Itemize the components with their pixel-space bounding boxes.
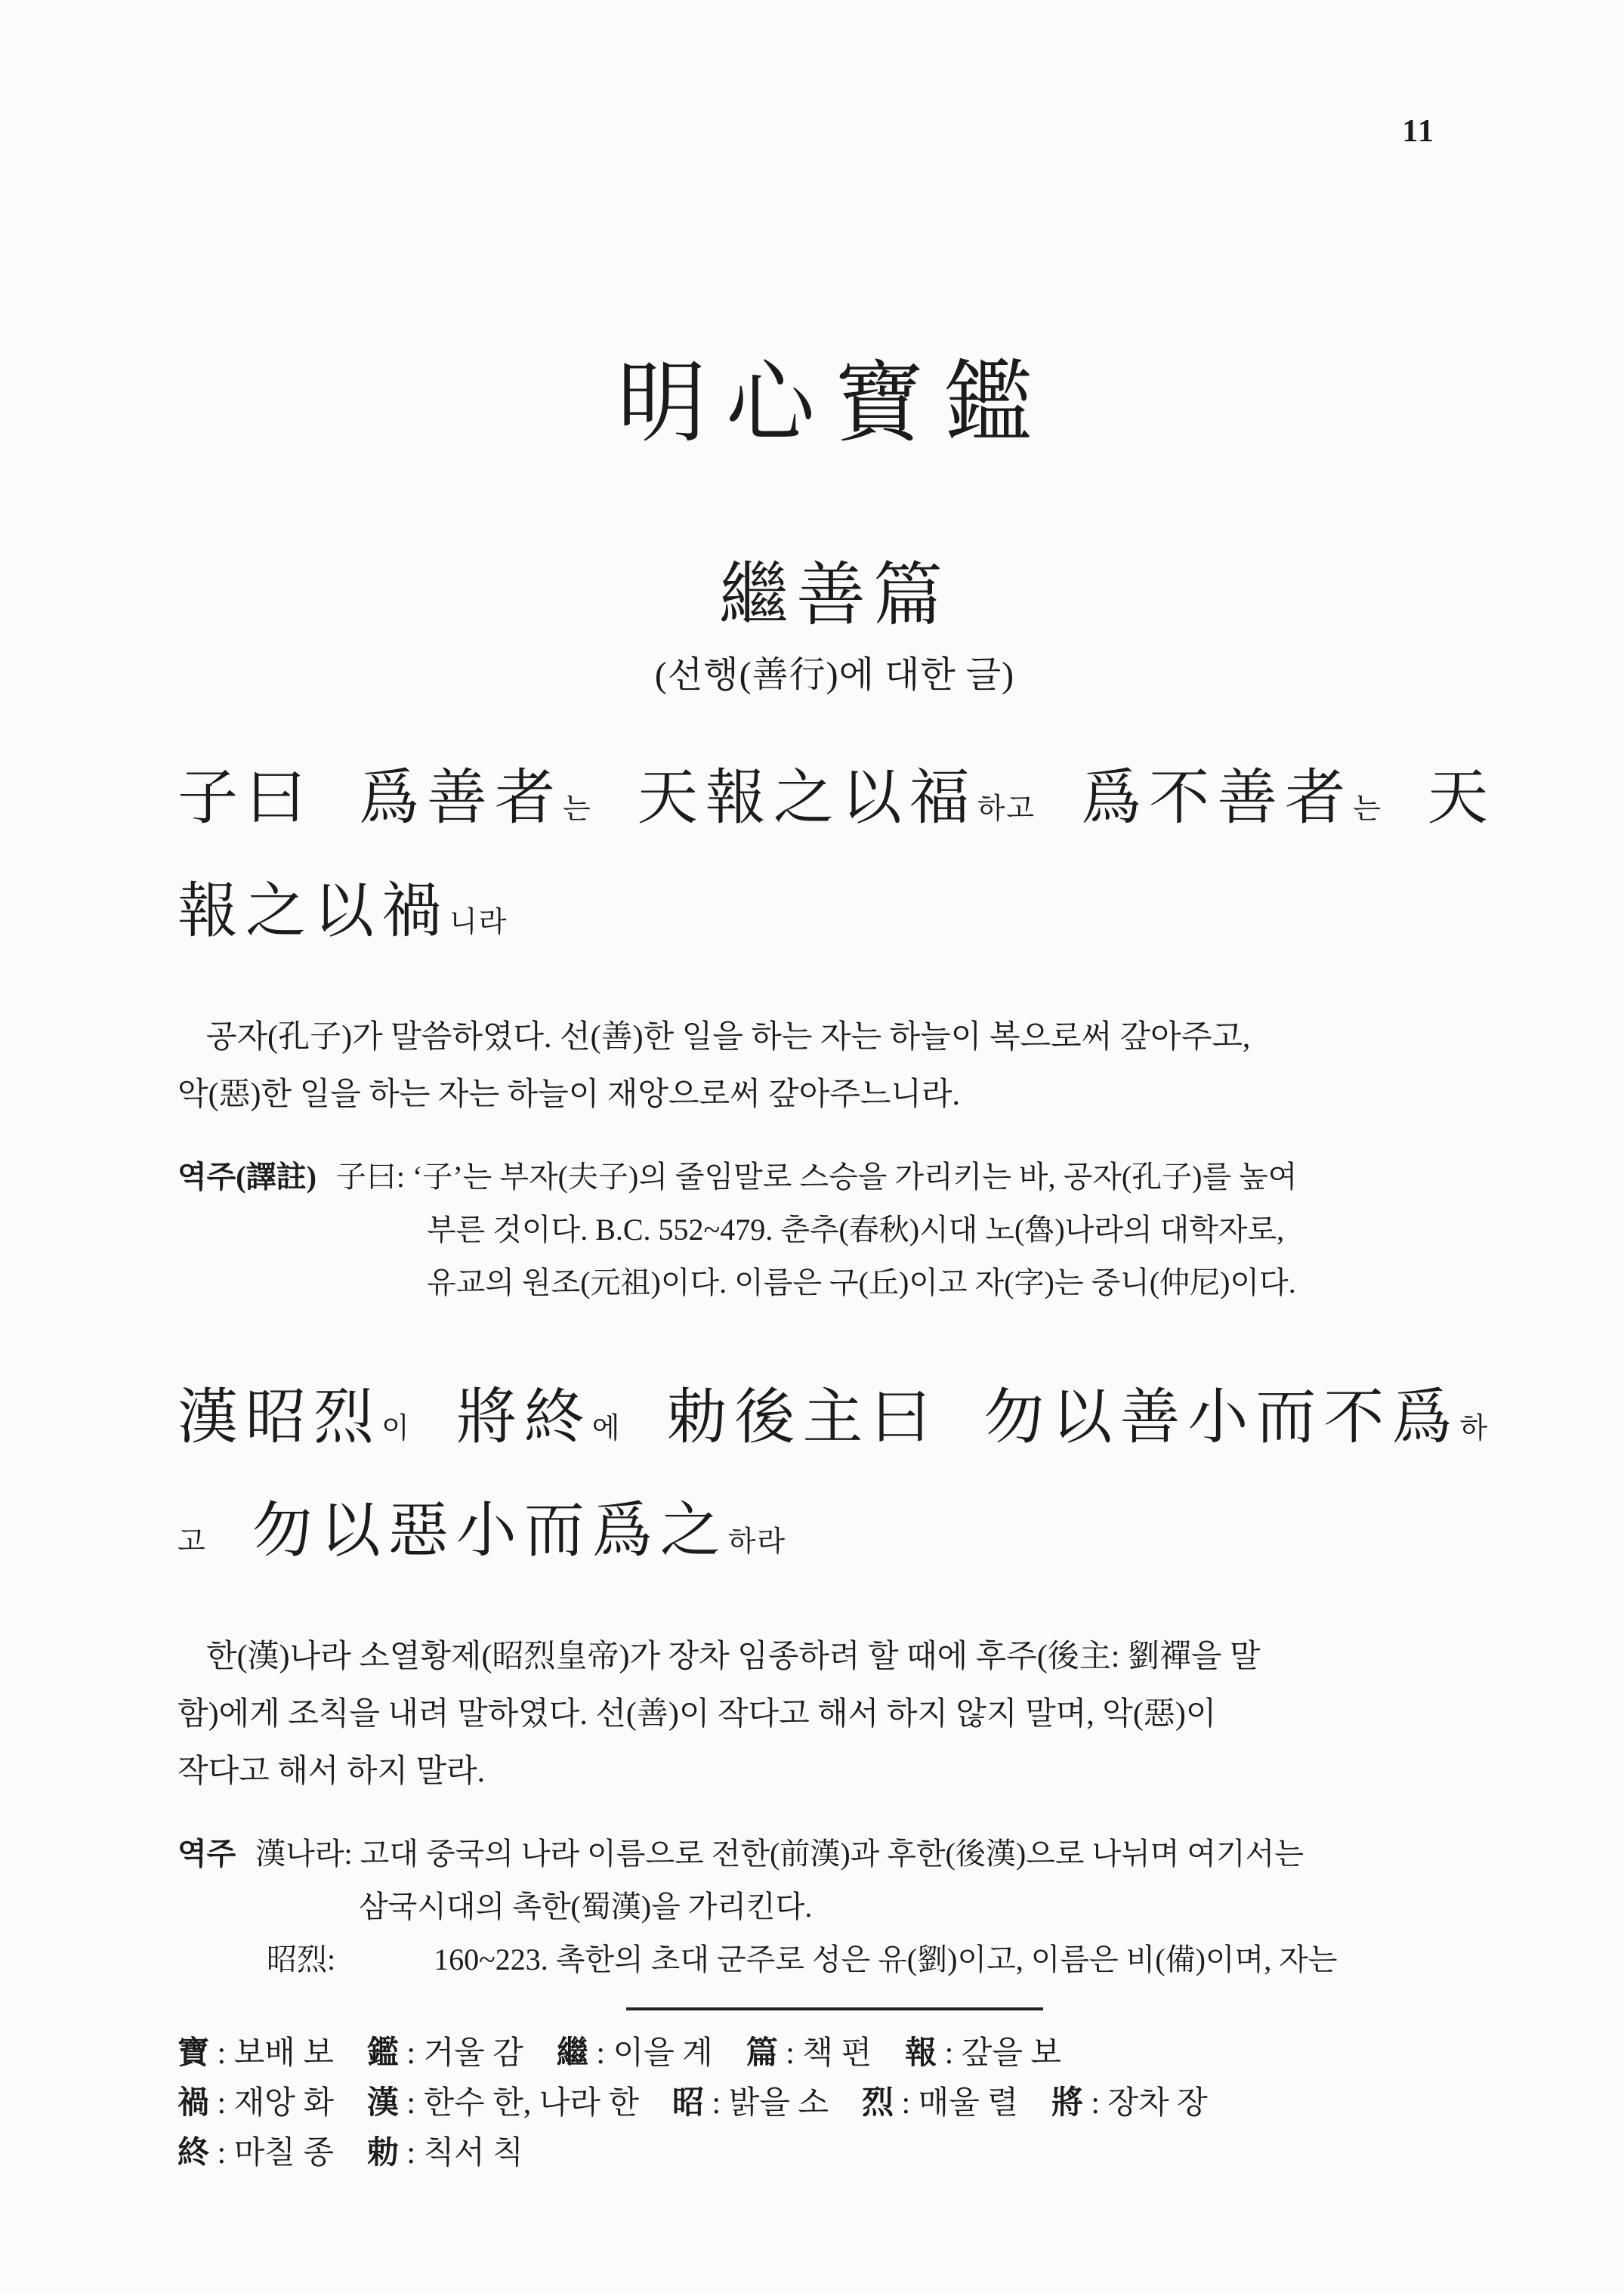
glossary-reading: 책 편: [802, 2036, 872, 2071]
glossary-reading: 밝을 소: [729, 2086, 829, 2121]
glossary-hanja: 終: [178, 2136, 209, 2171]
glossary-colon: :: [209, 2086, 234, 2121]
glossary-colon: :: [399, 2086, 424, 2121]
hanja-text: 將終: [411, 1385, 592, 1451]
chapter-title: 繼善篇: [178, 559, 1492, 632]
heading-line: 고 勿以惡小而爲之하라: [178, 1483, 1492, 1596]
note-line: 부른 것이다. B.C. 552~479. 춘추(春秋)시대 노(魯)나라의 대…: [178, 1204, 1492, 1256]
glossary-reading: 매울 렬: [919, 2086, 1018, 2121]
notes-block: 역주(譯註)子曰: ‘子’는 부자(夫子)의 줄임말로 스승을 가리키는 바, …: [178, 1151, 1492, 1309]
korean-particle: 하: [1459, 1413, 1489, 1445]
glossary-entry: 禍 : 재앙 화: [178, 2086, 334, 2121]
glossary-colon: :: [399, 2036, 424, 2071]
glossary-reading: 갚을 보: [962, 2036, 1061, 2071]
passage-heading: 子曰 爲善者는 天報之以福하고 爲不善者는 天報之以禍니라: [178, 750, 1492, 977]
passage-2: 漢昭烈이 將終에 勅後主曰 勿以善小而不爲하고 勿以惡小而爲之하라한(漢)나라 …: [178, 1370, 1492, 1986]
note-text: 子曰: ‘子’는 부자(夫子)의 줄임말로 스승을 가리키는 바, 공자(孔子)…: [336, 1160, 1297, 1194]
note-label: 역주(譯註): [178, 1160, 316, 1194]
glossary-entry: 篇 : 책 편: [746, 2036, 872, 2071]
heading-line: 子曰 爲善者는 天報之以福하고 爲不善者는 天: [178, 750, 1492, 864]
page-number: 11: [1402, 113, 1435, 150]
note-line: 昭烈:160~223. 촉한의 초대 군주로 성은 유(劉)이고, 이름은 비(…: [178, 1933, 1492, 1986]
glossary-line: 禍 : 재앙 화漢 : 한수 한, 나라 한昭 : 밝을 소烈 : 매울 렬將 …: [178, 2078, 1492, 2128]
glossary-hanja: 漢: [367, 2086, 399, 2121]
heading-line: 報之以禍니라: [178, 864, 1492, 977]
glossary-colon: :: [704, 2086, 729, 2121]
translation: 공자(孔子)가 말씀하였다. 선(善)한 일을 하는 자는 하늘이 복으로써 갚…: [178, 1009, 1492, 1123]
glossary-hanja: 篇: [746, 2036, 778, 2071]
glossary-colon: :: [894, 2086, 919, 2121]
translation-line: 공자(孔子)가 말씀하였다. 선(善)한 일을 하는 자는 하늘이 복으로써 갚…: [178, 1009, 1492, 1066]
note-text: 유교의 원조(元祖)이다. 이름은 구(丘)이고 자(字)는 중니(仲尼)이다.: [427, 1265, 1296, 1299]
glossary-hanja: 報: [905, 2036, 937, 2071]
hanja-text: 爲不善者: [1036, 765, 1353, 832]
glossary-entry: 勅 : 칙서 칙: [367, 2136, 523, 2171]
hanja-text: 天報之以福: [592, 765, 977, 832]
note-text: 160~223. 촉한의 초대 군주로 성은 유(劉)이고, 이름은 비(備)이…: [434, 1942, 1337, 1976]
glossary-hanja: 勅: [367, 2136, 399, 2171]
hanja-glossary: 寶 : 보배 보鑑 : 거울 감繼 : 이을 계篇 : 책 편報 : 갚을 보禍…: [178, 2029, 1492, 2178]
glossary-colon: :: [399, 2136, 424, 2171]
glossary-hanja: 禍: [178, 2086, 209, 2121]
glossary-hanja: 昭: [672, 2086, 704, 2121]
notes-block: 역주漢나라: 고대 중국의 나라 이름으로 전한(前漢)과 후한(後漢)으로 나…: [178, 1828, 1492, 1986]
hanja-text: 子曰 爲善者: [178, 765, 563, 832]
glossary-reading: 거울 감: [424, 2036, 523, 2071]
korean-particle: 하고: [977, 793, 1036, 825]
glossary-reading: 칙서 칙: [424, 2136, 523, 2171]
glossary-entry: 寶 : 보배 보: [178, 2036, 334, 2071]
glossary-reading: 이을 계: [613, 2036, 713, 2071]
glossary-entry: 烈 : 매울 렬: [862, 2086, 1018, 2121]
note-label: 昭烈:: [267, 1942, 335, 1976]
glossary-line: 終 : 마칠 종勅 : 칙서 칙: [178, 2128, 1492, 2178]
glossary-colon: :: [937, 2036, 962, 2071]
book-title: 明心寶鑑: [178, 0, 1492, 453]
note-line: 유교의 원조(元祖)이다. 이름은 구(丘)이고 자(字)는 중니(仲尼)이다.: [178, 1256, 1492, 1309]
translation-line: 한(漢)나라 소열황제(昭烈皇帝)가 장차 임종하려 할 때에 후주(後主: 劉…: [178, 1628, 1492, 1686]
glossary-entry: 將 : 장차 장: [1051, 2086, 1208, 2121]
translation-line: 함)에게 조칙을 내려 말하였다. 선(善)이 작다고 해서 하지 않지 말며,…: [178, 1686, 1492, 1743]
hanja-text: 勿以惡小而爲之: [207, 1498, 728, 1565]
glossary-reading: 보배 보: [234, 2036, 334, 2071]
glossary-reading: 재앙 화: [234, 2086, 334, 2121]
note-text: 漢나라: 고대 중국의 나라 이름으로 전한(前漢)과 후한(後漢)으로 나뉘며…: [255, 1837, 1304, 1871]
glossary-entry: 漢 : 한수 한, 나라 한: [367, 2086, 639, 2121]
note-label: 역주: [178, 1837, 236, 1871]
book-page: 11 明心寶鑑 繼善篇 (선행(善行)에 대한 글) 子曰 爲善者는 天報之以福…: [0, 0, 1624, 2293]
glossary-hanja: 烈: [862, 2086, 894, 2121]
note-line: 삼국시대의 촉한(蜀漢)을 가리킨다.: [178, 1880, 1492, 1933]
hanja-text: 漢昭烈: [178, 1385, 381, 1451]
passage-heading: 漢昭烈이 將終에 勅後主曰 勿以善小而不爲하고 勿以惡小而爲之하라: [178, 1370, 1492, 1596]
note-text: 부른 것이다. B.C. 552~479. 춘추(春秋)시대 노(魯)나라의 대…: [427, 1213, 1284, 1247]
glossary-reading: 한수 한, 나라 한: [424, 2086, 639, 2121]
glossary-entry: 鑑 : 거울 감: [367, 2036, 523, 2071]
passage-1: 子曰 爲善者는 天報之以福하고 爲不善者는 天報之以禍니라공자(孔子)가 말씀하…: [178, 750, 1492, 1309]
hanja-text: 報之以禍: [178, 879, 449, 945]
korean-particle: 하라: [728, 1526, 786, 1558]
glossary-reading: 장차 장: [1108, 2086, 1208, 2121]
note-line: 역주漢나라: 고대 중국의 나라 이름으로 전한(前漢)과 후한(後漢)으로 나…: [178, 1828, 1492, 1880]
korean-particle: 고: [178, 1526, 207, 1558]
korean-particle: 는: [1353, 793, 1382, 825]
section-head: 繼善篇 (선행(善行)에 대한 글): [178, 559, 1492, 698]
glossary-hanja: 將: [1051, 2086, 1083, 2121]
korean-particle: 에: [592, 1413, 622, 1445]
glossary-entry: 終 : 마칠 종: [178, 2136, 334, 2171]
passages-container: 子曰 爲善者는 天報之以福하고 爲不善者는 天報之以禍니라공자(孔子)가 말씀하…: [178, 750, 1492, 1986]
hanja-text: 勅後主曰 勿以善小而不爲: [621, 1385, 1459, 1451]
glossary-colon: :: [588, 2036, 613, 2071]
translation: 한(漢)나라 소열황제(昭烈皇帝)가 장차 임종하려 할 때에 후주(後主: 劉…: [178, 1628, 1492, 1800]
glossary-colon: :: [1083, 2086, 1108, 2121]
glossary-colon: :: [778, 2036, 803, 2071]
glossary-entry: 昭 : 밝을 소: [672, 2086, 829, 2121]
glossary-colon: :: [209, 2136, 234, 2171]
translation-line: 작다고 해서 하지 말라.: [178, 1743, 1492, 1800]
glossary-reading: 마칠 종: [234, 2136, 334, 2171]
note-text: 삼국시대의 촉한(蜀漢)을 가리킨다.: [359, 1890, 812, 1924]
hanja-text: 天: [1382, 765, 1496, 832]
footnote-divider: [626, 2007, 1043, 2010]
translation-line: 악(惡)한 일을 하는 자는 하늘이 재앙으로써 갚아주느니라.: [178, 1066, 1492, 1123]
glossary-colon: :: [209, 2036, 234, 2071]
glossary-entry: 繼 : 이을 계: [557, 2036, 713, 2071]
heading-line: 漢昭烈이 將終에 勅後主曰 勿以善小而不爲하: [178, 1370, 1492, 1483]
glossary-hanja: 鑑: [367, 2036, 399, 2071]
glossary-hanja: 寶: [178, 2036, 209, 2071]
chapter-subtitle: (선행(善行)에 대한 글): [178, 645, 1492, 697]
korean-particle: 니라: [449, 907, 508, 938]
glossary-line: 寶 : 보배 보鑑 : 거울 감繼 : 이을 계篇 : 책 편報 : 갚을 보: [178, 2029, 1492, 2078]
glossary-hanja: 繼: [557, 2036, 588, 2071]
korean-particle: 는: [563, 793, 592, 825]
glossary-entry: 報 : 갚을 보: [905, 2036, 1061, 2071]
note-line: 역주(譯註)子曰: ‘子’는 부자(夫子)의 줄임말로 스승을 가리키는 바, …: [178, 1151, 1492, 1204]
korean-particle: 이: [381, 1413, 411, 1445]
